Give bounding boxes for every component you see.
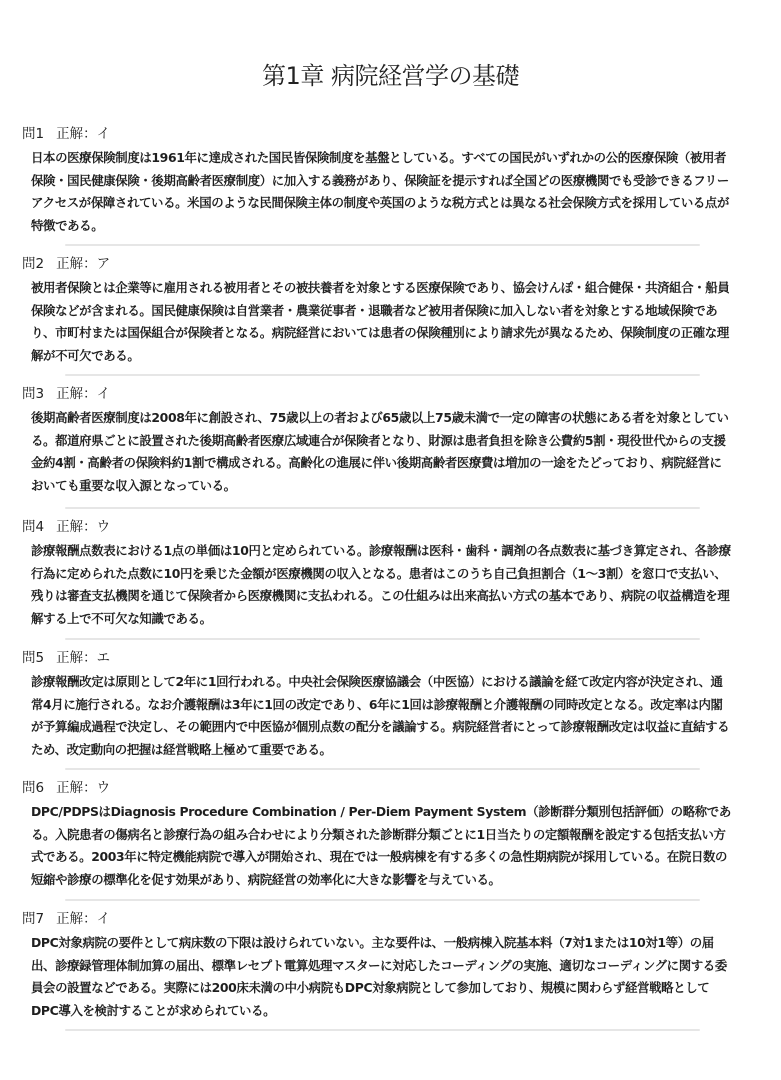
correct-answer: 正解：エ [56,650,110,666]
correct-answer: 正解：ア [56,256,110,272]
section-heading: 問4正解：ウ [22,515,110,535]
explanation-text: 日本の医療保険制度は1961年に達成された国民皆保険制度を基盤としている。すべて… [31,147,731,237]
section-divider [65,638,700,640]
answer-section-4: 問4正解：ウ 診療報酬点数表における1点の単価は10円と定められている。診療報酬… [0,513,781,644]
correct-answer: 正解：ウ [56,780,110,796]
question-number: 問7 [22,911,44,927]
section-heading: 問6正解：ウ [22,776,110,796]
explanation-text: 診療報酬改定は原則として2年に1回行われる。中央社会保険医療協議会（中医協）にお… [31,671,731,761]
explanation-text: DPC/PDPSはDiagnosis Procedure Combination… [31,801,731,891]
answer-sections: 問1正解：イ 日本の医療保険制度は1961年に達成された国民皆保険制度を基盤とし… [0,120,781,1035]
page-title: 第1章 病院経営学の基礎 [0,56,781,91]
correct-answer: 正解：イ [56,911,110,927]
section-divider [65,899,700,901]
question-number: 問5 [22,650,44,666]
correct-answer: 正解：ウ [56,519,110,535]
question-number: 問3 [22,386,44,402]
answer-section-1: 問1正解：イ 日本の医療保険制度は1961年に達成された国民皆保険制度を基盤とし… [0,120,781,250]
section-heading: 問5正解：エ [22,646,110,666]
correct-answer: 正解：イ [56,386,110,402]
answer-section-3: 問3正解：イ 後期高齢者医療制度は2008年に創設され、75歳以上の者および65… [0,380,781,513]
explanation-text: 後期高齢者医療制度は2008年に創設され、75歳以上の者および65歳以上75歳未… [31,407,731,497]
explanation-text: 被用者保険とは企業等に雇用される被用者とその被扶養者を対象とする医療保険であり、… [31,277,731,367]
question-number: 問1 [22,126,44,142]
section-heading: 問2正解：ア [22,252,110,272]
correct-answer: 正解：イ [56,126,110,142]
answer-section-6: 問6正解：ウ DPC/PDPSはDiagnosis Procedure Comb… [0,774,781,905]
section-heading: 問3正解：イ [22,382,110,402]
explanation-text: 診療報酬点数表における1点の単価は10円と定められている。診療報酬は医科・歯科・… [31,540,731,630]
answer-section-5: 問5正解：エ 診療報酬改定は原則として2年に1回行われる。中央社会保険医療協議会… [0,644,781,774]
section-divider [65,507,700,509]
question-number: 問2 [22,256,44,272]
section-heading: 問1正解：イ [22,122,110,142]
section-divider [65,768,700,770]
answer-section-7: 問7正解：イ DPC対象病院の要件として病床数の下限は設けられていない。主な要件… [0,905,781,1035]
section-divider [65,374,700,376]
section-heading: 問7正解：イ [22,907,110,927]
question-number: 問6 [22,780,44,796]
section-divider [65,244,700,246]
question-number: 問4 [22,519,44,535]
section-divider [65,1029,700,1031]
answer-section-2: 問2正解：ア 被用者保険とは企業等に雇用される被用者とその被扶養者を対象とする医… [0,250,781,380]
explanation-text: DPC対象病院の要件として病床数の下限は設けられていない。主な要件は、一般病棟入… [31,932,731,1022]
